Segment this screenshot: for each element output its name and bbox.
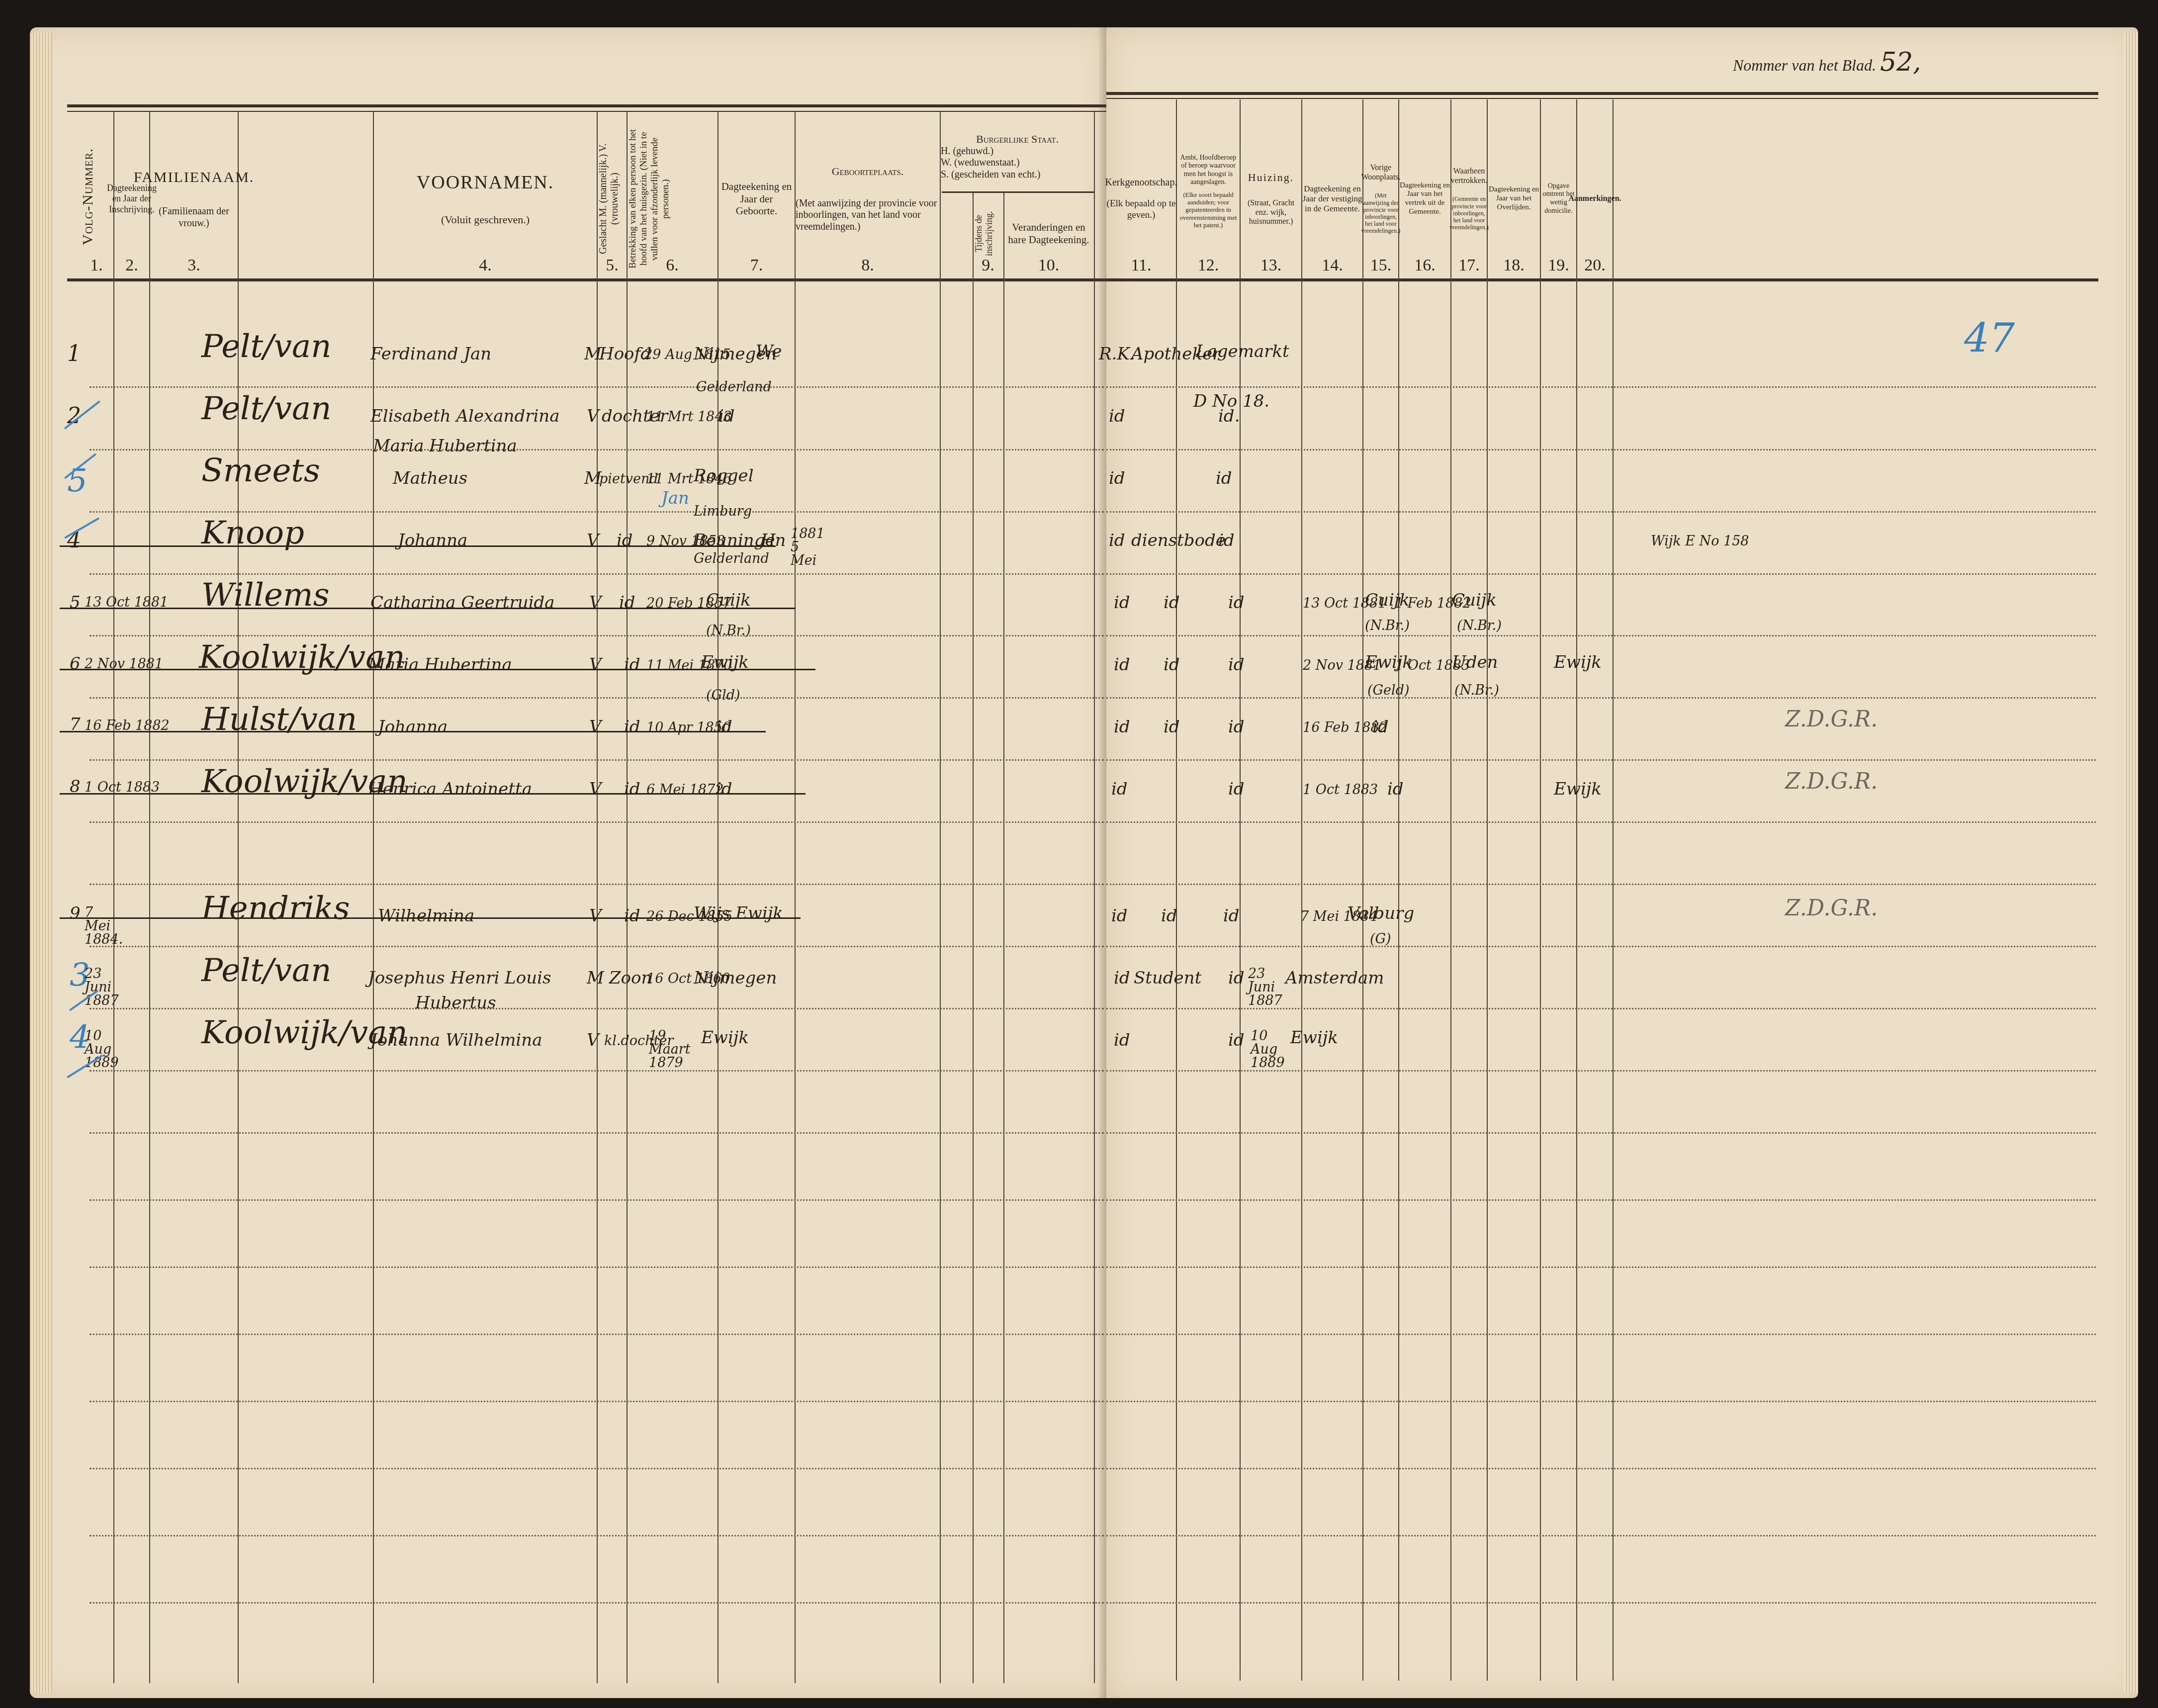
huizing: id	[1228, 656, 1245, 673]
header-title: Burgerlijke Staat.	[976, 133, 1059, 146]
familienaam: Hendriks	[201, 893, 350, 924]
geboorteplaats: id	[719, 408, 735, 425]
header-burgerlijke-staat: Burgerlijke Staat. H. (gehuwd.) W. (wedu…	[941, 122, 1094, 191]
header-top-rule-thin	[67, 111, 1106, 112]
colnum-15: 15.	[1363, 256, 1398, 275]
colnum-12: 12.	[1177, 256, 1240, 275]
beroep: id	[1164, 719, 1180, 735]
voornamen: Ferdinand Jan	[370, 346, 491, 362]
inschrijving: 7 Mei 1884.	[85, 906, 119, 946]
beroep: id	[1164, 594, 1180, 611]
header-title: Geslacht	[598, 219, 609, 254]
waarheen-provincie: (N.Br.)	[1454, 684, 1499, 697]
row-rule	[90, 1199, 1104, 1201]
header-text: Dagteekening en Jaar der Inschrijving.	[107, 183, 157, 215]
header-title: Huizing.	[1248, 171, 1294, 184]
header-geboortedatum: Dagteekening en Jaar der Geboorte.	[719, 127, 795, 271]
geslacht: V	[589, 781, 602, 798]
header-subtitle: (Familienaam der vrouw.)	[150, 206, 238, 229]
colnum-10: 10.	[1004, 256, 1093, 275]
brace-rule	[942, 191, 1094, 193]
header-title: Aanmerkingen.	[1568, 194, 1621, 204]
header-title: Ambt, Hoofdberoep of beroep waarvoor men…	[1177, 154, 1240, 187]
kerkgenootschap: id	[1114, 970, 1130, 987]
geboorteplaats-provincie: Gelderland	[696, 380, 772, 394]
betrekking: id	[624, 719, 640, 735]
colnum-18: 18.	[1488, 256, 1540, 275]
huizing: id	[1228, 1032, 1245, 1049]
strikethrough	[60, 545, 776, 547]
kerkgenootschap: id	[1109, 532, 1125, 549]
voornamen: Johanna	[378, 719, 448, 735]
familienaam: Pelt/van	[201, 331, 331, 362]
header-subtitle: M. (mannelijk.) V. (vrouwelijk.)	[598, 144, 620, 225]
geslacht: V	[587, 1032, 599, 1049]
inschrijving: 1 Oct 1883	[85, 781, 160, 794]
voornamen-vervolg: Maria Hubertina	[373, 438, 517, 454]
kerkgenootschap: id	[1109, 470, 1125, 487]
header-betrekking: Betrekking van elken persoon tot het hoo…	[628, 127, 717, 271]
aanmerkingen: Z.D.G.R.	[1785, 898, 1878, 919]
vorige-woonplaats: Amsterdam	[1285, 970, 1384, 987]
legend-gehuwd: H. (gehuwd.)	[941, 146, 993, 158]
legend-gescheiden: S. (gescheiden van echt.)	[941, 169, 1040, 181]
vorige-woonplaats: id	[1387, 781, 1404, 798]
betrekking: id	[624, 781, 640, 798]
domicilie: Ewijk	[1554, 654, 1602, 671]
row-rule	[90, 635, 1104, 636]
colnum-6: 6.	[628, 256, 717, 275]
header-overlijden: Dagteekening en Jaar van het Overlijden.	[1488, 127, 1540, 271]
header-vorige-woonplaats: Vorige Woonplaats. (Met aanwijzing der p…	[1363, 127, 1398, 271]
geboorteplaats: Roggel	[694, 467, 754, 484]
strikethrough	[60, 917, 801, 919]
row-rule	[1106, 697, 2096, 699]
vorige-woonplaats: Valburg	[1348, 905, 1414, 922]
voornamen: Wilhelmina	[378, 907, 474, 924]
header-top-rule	[67, 104, 1106, 107]
row-rule	[90, 1401, 1104, 1402]
row-rule	[90, 1334, 1104, 1335]
geslacht: V	[589, 907, 602, 924]
voornamen: Henrica Antoinetta	[368, 781, 532, 798]
col-divider	[940, 112, 941, 1683]
row-rule	[1106, 1334, 2096, 1335]
header-title: FAMILIENAAM.	[134, 169, 255, 186]
colnum-16: 16.	[1399, 256, 1450, 275]
colnum-1: 1.	[80, 256, 113, 275]
vorige-provincie: (G)	[1370, 932, 1391, 946]
header-title: Geboorteplaats.	[832, 165, 904, 178]
beroep: dienstbode	[1131, 532, 1226, 549]
voornamen: Johanna Wilhelmina	[370, 1032, 542, 1049]
col-divider	[1613, 99, 1614, 1681]
col-divider	[1176, 99, 1177, 1681]
page-edges	[2124, 32, 2138, 1693]
header-text: Dagteekening en Jaar van het vertrek uit…	[1399, 181, 1450, 217]
inschrijving: 13 Oct 1881	[85, 596, 168, 609]
row-rule	[1106, 386, 2096, 388]
row-rule	[90, 821, 1104, 823]
row-rule	[90, 884, 1104, 885]
familienaam: Smeets	[201, 455, 320, 487]
geboorteplaats: Cuijk	[706, 592, 751, 609]
inschrijving: 23 Juni 1887	[85, 967, 119, 1007]
kerkgenootschap: id	[1114, 656, 1130, 673]
colnum-17: 17.	[1451, 256, 1487, 275]
betrekking: Zoon	[609, 970, 652, 987]
header-title: Kerkgenootschap.	[1105, 177, 1177, 189]
waarheen: Cuijk	[1452, 592, 1497, 609]
row-rule	[1106, 884, 2096, 885]
familienaam: Willems	[201, 579, 329, 611]
kerkgenootschap: id	[1111, 907, 1128, 924]
header-volg-nummer: Volg-Nummer.	[80, 127, 109, 266]
beroep: id	[1164, 656, 1180, 673]
header-vertrek: Dagteekening en Jaar van het vertrek uit…	[1399, 127, 1450, 271]
row-rule	[1106, 1266, 2096, 1268]
page-edges	[30, 32, 52, 1693]
voornamen: Josephus Henri Louis	[368, 970, 551, 987]
vestiging: 10 Aug 1889	[1251, 1029, 1285, 1070]
row-rule	[1106, 511, 2096, 513]
geboorteplaats-provincie: Limburg	[694, 505, 752, 518]
geslacht: V	[589, 719, 602, 735]
header-text: Dagteekening en Jaar der vestiging in de…	[1302, 184, 1362, 214]
huizing: id	[1228, 970, 1245, 987]
aanmerkingen: Z.D.G.R.	[1785, 771, 1878, 793]
legend-weduwenstaat: W. (weduwenstaat.)	[941, 157, 1020, 169]
geboorteplaats: id	[716, 719, 732, 735]
familienaam: Pelt/van	[201, 955, 331, 987]
geboorteplaats-provincie: Gelderland	[694, 552, 769, 565]
row-rule	[90, 449, 1104, 450]
geslacht: M	[587, 970, 604, 987]
colnum-20: 20.	[1577, 256, 1613, 275]
row-rule	[90, 946, 1104, 947]
familienaam: Pelt/van	[201, 393, 331, 425]
geboorteplaats: id	[716, 781, 732, 798]
header-huizing: Huizing. (Straat, Gracht enz. wijk, huis…	[1241, 127, 1301, 271]
row-rule	[1106, 1468, 2096, 1469]
colnum-11: 11.	[1106, 256, 1176, 275]
voornamen: Elisabeth Alexandrina	[370, 408, 560, 425]
col-divider	[1301, 99, 1302, 1681]
colnum-13: 13.	[1241, 256, 1301, 275]
header-title: Waarheen vertrokken.	[1451, 167, 1487, 186]
row-rule	[1106, 1401, 2096, 1402]
header-voornamen: VOORNAMEN. (Voluit geschreven.)	[374, 127, 597, 271]
colnum-4: 4.	[374, 256, 597, 275]
row-rule	[1106, 946, 2096, 947]
huizing: id	[1228, 781, 1245, 798]
header-subtitle: (Elke soort bepaald aanduiden; voor gepa…	[1177, 191, 1240, 229]
domicilie: Ewijk	[1554, 781, 1602, 798]
volg-number: 1	[67, 343, 81, 365]
header-familienaam: FAMILIENAAM. (Familienaam der vrouw.)	[150, 127, 238, 271]
row-rule	[90, 511, 1104, 513]
kerkgenootschap: id	[1114, 1032, 1130, 1049]
huizing: id	[1228, 719, 1245, 735]
blad-label: Nommer van het Blad.	[1733, 56, 1876, 74]
header-bottom-rule	[1106, 278, 2098, 281]
kerkgenootschap: id	[1109, 408, 1125, 425]
header-text: Dagteekening en Jaar van het Overlijden.	[1488, 185, 1540, 212]
geboorteplaats-provincie: (Gld)	[706, 689, 740, 702]
beroep: id	[1161, 907, 1177, 924]
vorige-woonplaats: id	[1372, 719, 1389, 735]
colnum-14: 14.	[1302, 256, 1362, 275]
header-geslacht: Geslacht M. (mannelijk.) V. (vrouwelijk.…	[598, 127, 626, 271]
header-subtitle: (Met aanwijzing der provincie voor inboo…	[796, 198, 940, 233]
header-top-rule-thin	[1106, 98, 2098, 99]
geslacht: V	[587, 408, 599, 425]
beroep: Student	[1134, 970, 1201, 987]
aanmerkingen: Z.D.G.R.	[1785, 709, 1878, 730]
blad-number: 52,	[1880, 47, 1921, 77]
header-bottom-rule	[67, 278, 1106, 281]
page-number-label: Nommer van het Blad. 52,	[1733, 47, 1921, 77]
familienaam: Knoop	[201, 517, 304, 549]
header-waarheen: Waarheen vertrokken. (Gemeente en provin…	[1451, 127, 1487, 271]
geboorteplaats: Ewijk	[701, 654, 749, 671]
col-divider	[1450, 99, 1451, 1681]
header-subtitle: (Gemeente en provincie voor inboorlingen…	[1449, 195, 1488, 231]
waarheen-provincie: (N.Br.)	[1457, 619, 1502, 632]
blue-note: Jan	[661, 490, 689, 507]
row-rule	[90, 1132, 1104, 1134]
vorige-provincie: (N.Br.)	[1365, 619, 1410, 632]
header-top-rule	[1106, 92, 2098, 95]
register-book: Volg-Nummer. Dagteekening en Jaar der In…	[30, 27, 2138, 1698]
header-title: VOORNAMEN.	[417, 172, 554, 194]
colnum-5: 5.	[598, 256, 627, 275]
geslacht: V	[589, 656, 602, 673]
geboorteplaats: Wijs Ewijk	[694, 905, 783, 922]
kerkgenootschap: R.K.	[1099, 346, 1135, 362]
huizing: id	[1216, 470, 1232, 487]
betrekking: id	[624, 656, 640, 673]
col-divider	[149, 112, 150, 1683]
header-inschrijving: Dagteekening en Jaar der Inschrijving.	[114, 127, 149, 271]
geboorteplaats-provincie: (N.Br.)	[706, 624, 751, 637]
header-subtitle: (Voluit geschreven.)	[441, 213, 530, 226]
row-rule	[90, 1468, 1104, 1469]
kerkgenootschap: id	[1114, 594, 1130, 611]
header-text: Dagteekening en Jaar der Geboorte.	[719, 180, 795, 217]
left-page: Volg-Nummer. Dagteekening en Jaar der In…	[30, 27, 1106, 1698]
col-divider	[1398, 99, 1399, 1681]
geboortedatum: 19 Maart 1879	[649, 1029, 689, 1070]
header-text: Veranderingen en hare Dagteekening.	[1004, 221, 1093, 246]
blue-page-mark: 47	[1964, 318, 2015, 358]
strikethrough	[60, 731, 766, 732]
col-divider	[973, 191, 974, 1683]
strikethrough	[60, 793, 806, 795]
header-geboorteplaats: Geboorteplaats. (Met aanwijzing der prov…	[796, 127, 940, 271]
burgerlijke-staat: We	[756, 343, 782, 360]
row-rule	[90, 573, 1104, 575]
colnum-7: 7.	[719, 256, 795, 275]
header-subtitle: (Met aanwijzing der provincie voor inboo…	[1361, 192, 1400, 234]
row-rule	[90, 1602, 1104, 1604]
row-rule	[90, 1266, 1104, 1268]
vorige-provincie: (Geld)	[1367, 684, 1410, 697]
col-divider	[1576, 99, 1577, 1681]
header-subtitle: (Elk bepaald op te geven.)	[1106, 198, 1176, 221]
huizing: id.	[1218, 408, 1240, 425]
col-divider	[1540, 99, 1541, 1681]
header-title: Vorige Woonplaats.	[1361, 164, 1400, 182]
row-rule	[1106, 635, 2096, 636]
row-rule	[90, 1535, 1104, 1536]
row-rule	[90, 759, 1104, 761]
row-rule	[1106, 1535, 2096, 1536]
row-rule	[1106, 573, 2096, 575]
row-rule	[90, 1070, 1104, 1072]
vestiging: 23 Juni 1887	[1248, 967, 1283, 1007]
row-rule	[90, 1008, 1104, 1009]
voornamen-vervolg: Hubertus	[415, 994, 496, 1011]
veranderingen: 1881 5 Mei	[791, 527, 820, 567]
col-divider	[113, 112, 114, 1683]
col-divider	[1487, 99, 1488, 1681]
header-beroep: Ambt, Hoofdberoep of beroep waarvoor men…	[1177, 109, 1240, 273]
huizing: id	[1223, 907, 1240, 924]
inschrijving: 16 Feb 1882	[85, 719, 170, 732]
betrekking: id	[624, 907, 640, 924]
waarheen: Uden	[1452, 654, 1498, 671]
row-rule	[1106, 1602, 2096, 1604]
header-vestiging: Dagteekening en Jaar der vestiging in de…	[1302, 127, 1362, 271]
row-rule	[90, 697, 1104, 699]
geboorteplaats: Ewijk	[701, 1029, 749, 1046]
voornamen: Matheus	[393, 470, 467, 487]
colnum-3: 3.	[150, 256, 238, 275]
header-subtitle: (Straat, Gracht enz. wijk, huisnummer.)	[1241, 199, 1301, 227]
vestiging: 1 Oct 1883	[1303, 783, 1378, 797]
colnum-9: 9.	[974, 256, 1002, 275]
col-divider	[1362, 99, 1363, 1681]
kerkgenootschap: id	[1114, 719, 1130, 735]
row-rule	[1106, 1132, 2096, 1134]
row-rule	[1106, 1199, 2096, 1201]
row-rule	[90, 386, 1104, 388]
header-kerkgenootschap: Kerkgenootschap. (Elk bepaald op te geve…	[1106, 127, 1176, 271]
vorige-woonplaats: Ewijk	[1290, 1029, 1338, 1046]
strikethrough	[60, 669, 815, 670]
volg-number: 7	[70, 716, 81, 733]
colnum-8: 8.	[796, 256, 940, 275]
huizing: Lagemarkt	[1196, 343, 1289, 360]
kerkgenootschap: id	[1111, 781, 1128, 798]
row-rule	[1106, 821, 2096, 823]
volg-number: 9	[70, 905, 81, 922]
col-divider	[1094, 112, 1095, 1683]
colnum-19: 19.	[1541, 256, 1576, 275]
huizing: id	[1228, 594, 1245, 611]
colnum-2: 2.	[114, 256, 149, 275]
volg-number: 8	[70, 778, 81, 795]
voornamen: Maria Hubertina	[368, 656, 512, 673]
col-divider	[1240, 99, 1241, 1681]
row-rule	[1106, 759, 2096, 761]
row-rule	[1106, 449, 2096, 450]
strikethrough	[60, 608, 796, 609]
geboorteplaats: Nijmegen	[694, 970, 777, 987]
header-aanmerkingen: Aanmerkingen.	[1577, 127, 1613, 271]
col-divider	[795, 112, 796, 1683]
col-divider	[1003, 191, 1004, 1683]
right-page: Nommer van het Blad. 52, Kerkgenootschap…	[1106, 27, 2138, 1698]
waarheen: Wijk E No 158	[1651, 535, 1749, 548]
huizing: id	[1218, 532, 1235, 549]
